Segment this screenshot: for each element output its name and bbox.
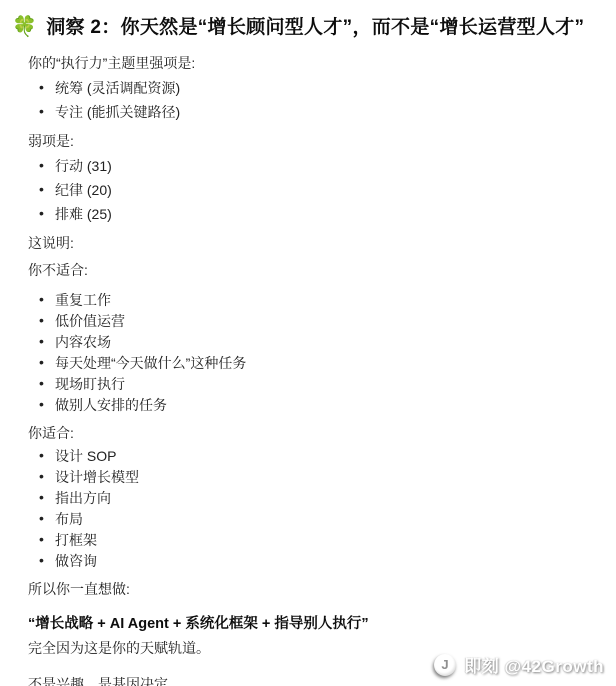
list-item: 做咨询	[38, 551, 596, 572]
list-item: 指出方向	[38, 488, 596, 509]
list-item: 做别人安排的任务	[38, 395, 596, 416]
jike-logo-icon: J	[434, 654, 456, 676]
weaknesses-label: 弱项是:	[28, 132, 596, 151]
watermark: J 即刻 @42Growth	[434, 652, 604, 677]
list-item: 行动 (31)	[38, 154, 596, 178]
list-item: 重复工作	[38, 290, 596, 311]
list-item: 每天处理“今天做什么”这种任务	[38, 353, 596, 374]
list-item: 排难 (25)	[38, 202, 596, 226]
list-item: 现场盯执行	[38, 374, 596, 395]
strengths-label: 你的“执行力”主题里强项是:	[28, 54, 596, 73]
list-item: 布局	[38, 509, 596, 530]
quote-line: “增长战略 + AI Agent + 系统化框架 + 指导别人执行”	[28, 614, 596, 635]
not-fit-label: 你不适合:	[28, 261, 596, 280]
list-item: 设计增长模型	[38, 467, 596, 488]
fit-label: 你适合:	[28, 424, 596, 443]
so-label: 所以你一直想做:	[28, 580, 596, 599]
not-fit-list: 重复工作 低价值运营 内容农场 每天处理“今天做什么”这种任务 现场盯执行 做别…	[28, 290, 596, 416]
list-item: 内容农场	[38, 332, 596, 353]
page-title-text: 洞察 2：你天然是“增长顾问型人才”，而不是“增长运营型人才”	[46, 17, 584, 38]
page-title: 🍀洞察 2：你天然是“增长顾问型人才”，而不是“增长运营型人才”	[12, 14, 596, 41]
fit-list: 设计 SOP 设计增长模型 指出方向 布局 打框架 做咨询	[28, 446, 596, 572]
list-item: 专注 (能抓关键路径)	[38, 100, 596, 124]
list-item: 低价值运营	[38, 311, 596, 332]
weaknesses-list: 行动 (31) 纪律 (20) 排难 (25)	[28, 154, 596, 226]
list-item: 统筹 (灵活调配资源)	[38, 76, 596, 100]
watermark-text: 即刻 @42Growth	[464, 652, 604, 677]
clover-icon: 🍀	[12, 16, 37, 38]
strengths-list: 统筹 (灵活调配资源) 专注 (能抓关键路径)	[28, 76, 596, 124]
list-item: 打框架	[38, 530, 596, 551]
list-item: 纪律 (20)	[38, 178, 596, 202]
list-item: 设计 SOP	[38, 446, 596, 467]
this-means-label: 这说明:	[28, 234, 596, 253]
document: 🍀洞察 2：你天然是“增长顾问型人才”，而不是“增长运营型人才” 你的“执行力”…	[0, 0, 616, 686]
